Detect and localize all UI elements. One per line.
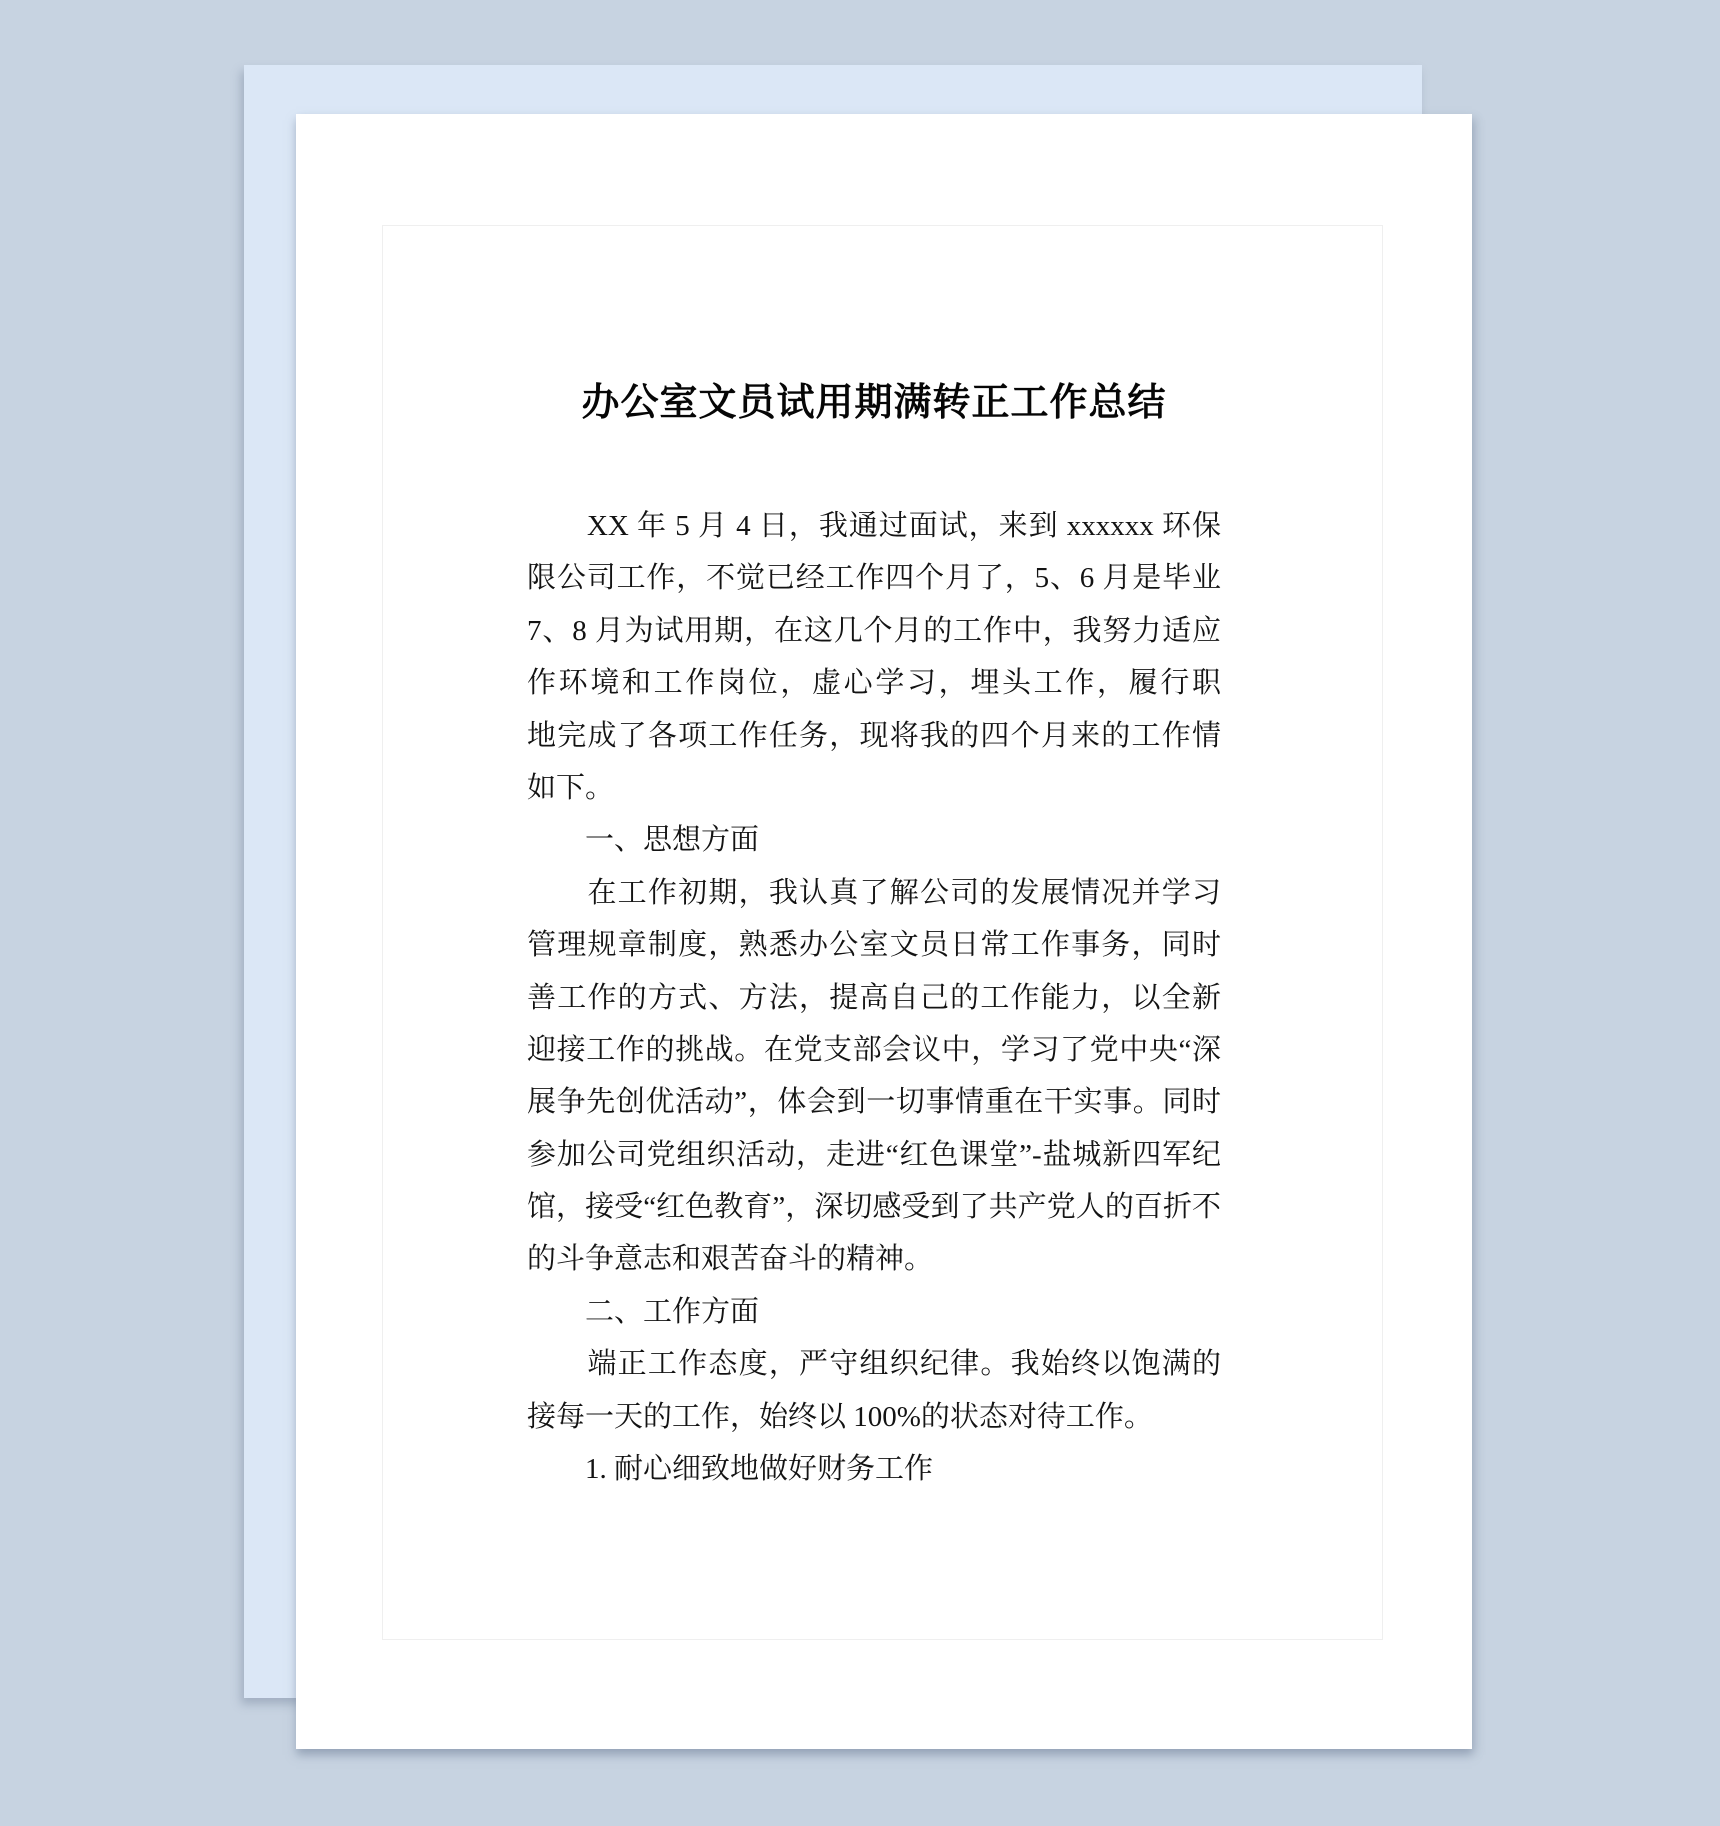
document-line: 馆，接受“红色教育”，深切感受到了共产党人的百折不挠 — [527, 1181, 1221, 1233]
document-title: 办公室文员试用期满转正工作总结 — [527, 379, 1221, 427]
document-heading: 一、思想方面 — [527, 814, 1221, 866]
document-line: 作环境和工作岗位，虚心学习，埋头工作，履行职责，较好 — [527, 657, 1221, 709]
document-body: XX 年 5 月 4 日，我通过面试，来到 xxxxxx 环保科技有 限公司工作… — [527, 500, 1221, 1495]
document-page: 办公室文员试用期满转正工作总结 XX 年 5 月 4 日，我通过面试，来到 xx… — [296, 114, 1472, 1749]
document-line: 如下。 — [527, 762, 1221, 814]
document-line: 参加公司党组织活动，走进“红色课堂”-盐城新四军纪念 — [527, 1129, 1221, 1181]
document-line: 7、8 月为试用期，在这几个月的工作中，我努力适应新的工 — [527, 605, 1221, 657]
document-line: 善工作的方式、方法，提高自己的工作能力，以全新的姿态 — [527, 972, 1221, 1024]
document-line: 的斗争意志和艰苦奋斗的精神。 — [527, 1233, 1221, 1285]
document-line: 管理规章制度，熟悉办公室文员日常工作事务，同时努力完 — [527, 919, 1221, 971]
document-line: 端正工作态度，严守组织纪律。我始终以饱满的热情迎 — [527, 1338, 1221, 1390]
document-line: 限公司工作，不觉已经工作四个月了，5、6 月是毕业实习， — [527, 552, 1221, 604]
document-line: 地完成了各项工作任务，现将我的四个月来的工作情况总结 — [527, 710, 1221, 762]
document-line: 展争先创优活动”，体会到一切事情重在干实事。同时积极 — [527, 1076, 1221, 1128]
document-line: 迎接工作的挑战。在党支部会议中，学习了党中央“深入开 — [527, 1024, 1221, 1076]
document-list-item: 1. 耐心细致地做好财务工作 — [527, 1443, 1221, 1495]
document-line: XX 年 5 月 4 日，我通过面试，来到 xxxxxx 环保科技有 — [527, 500, 1221, 552]
document-line: 在工作初期，我认真了解公司的发展情况并学习公司的 — [527, 867, 1221, 919]
document-preview-canvas: 办公室文员试用期满转正工作总结 XX 年 5 月 4 日，我通过面试，来到 xx… — [0, 0, 1720, 1826]
document-line: 接每一天的工作，始终以 100%的状态对待工作。 — [527, 1391, 1221, 1443]
document-heading: 二、工作方面 — [527, 1286, 1221, 1338]
